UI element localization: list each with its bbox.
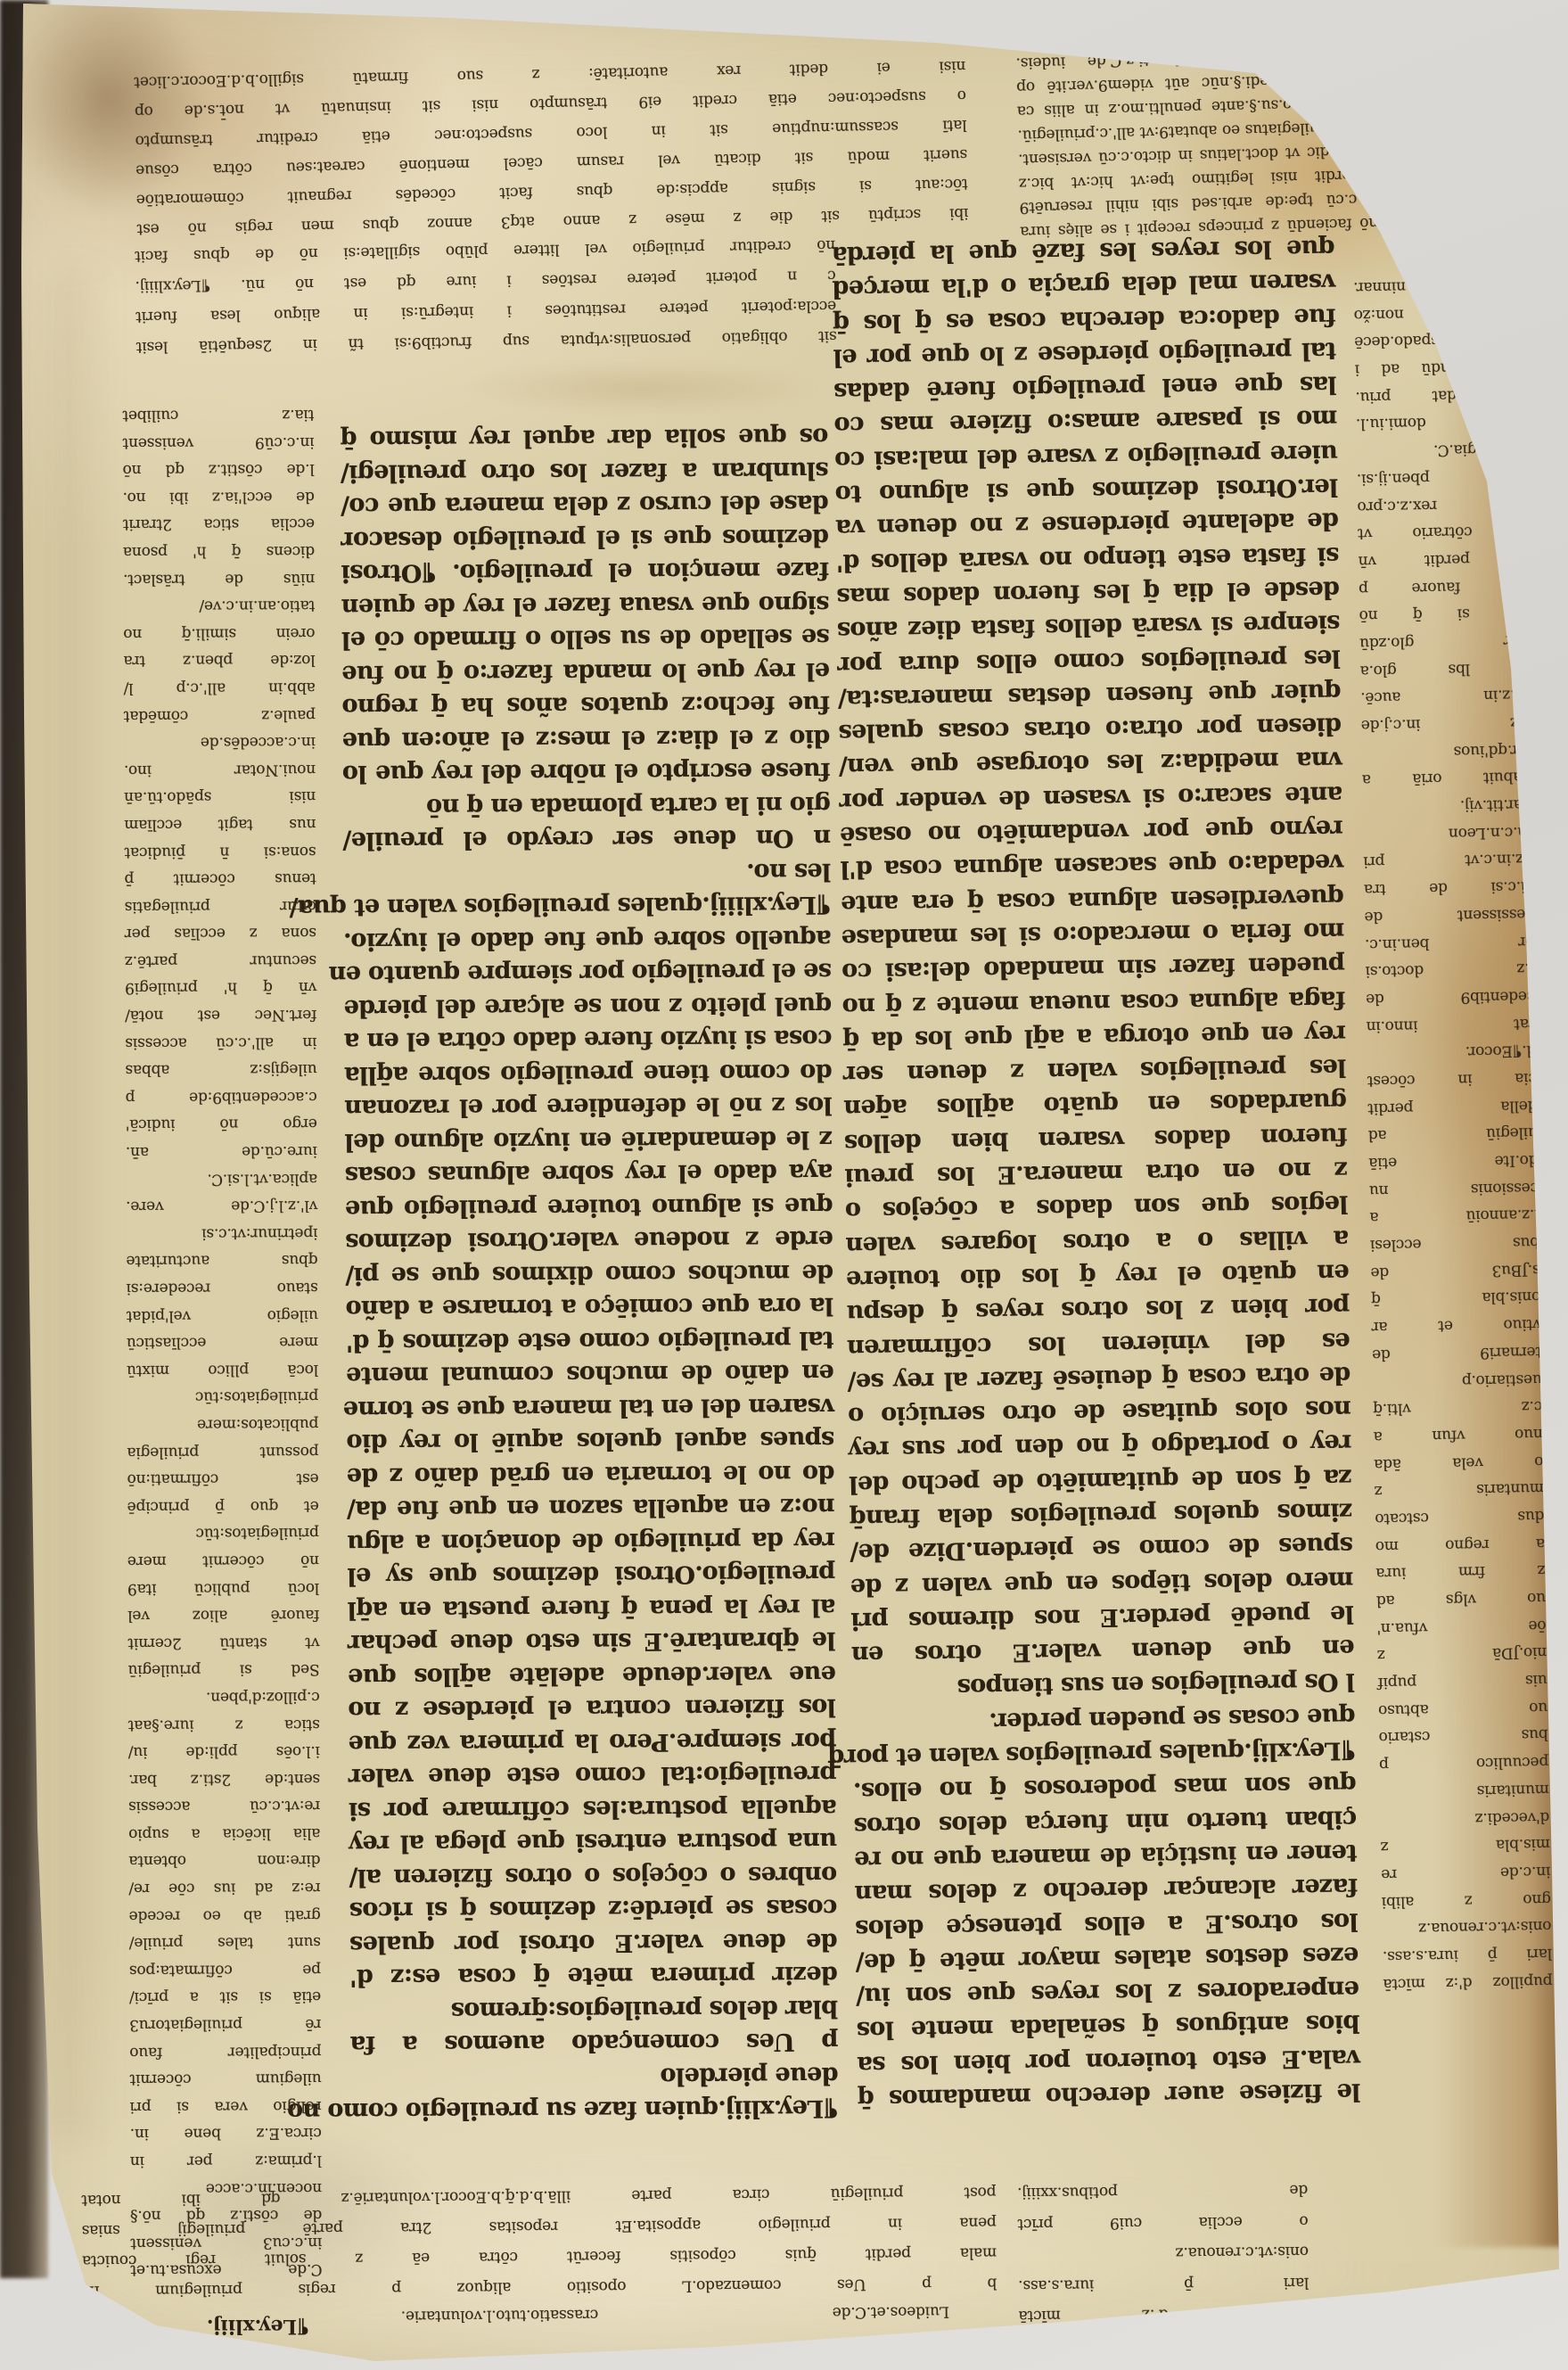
text-line: de pben.ij.si. [1357,462,1527,492]
text-line: publicatos:mere [127,1410,318,1438]
text-line: niūs de trāslact. [123,564,315,593]
text-line: iure.cū.de an̄. [126,1138,317,1166]
text-line: sona:si n̄ p̄iudicat [125,837,316,866]
text-line: fue fecho:z quatos años ha q̄ regno [342,687,830,723]
text-line: vtiuo et ar [1371,1310,1541,1340]
text-line: gio ni la carta plomada en q̄ nō [343,787,831,824]
text-line: pecuulico p [1379,1748,1549,1778]
text-line: rē priuilegiatoru3 [129,2011,321,2039]
text-line: cia in cōcest [1367,1064,1538,1094]
text-line: s.JBu3 de [1370,1255,1540,1286]
text-line: o vela āda [1374,1447,1544,1477]
main-text-column-1: os que solia dar aquel rey mismo q̄slunb… [341,419,839,2127]
text-line: de eccl'ia.z ibi no. [123,482,315,511]
text-line: vl'.z.l.j.C.de vere. [126,1192,317,1221]
text-line: c.z vlti.q̄ [1373,1392,1543,1422]
text-line: uo abtuso [1378,1693,1548,1724]
text-line: et quo p̄ principē [127,1492,319,1520]
text-line: preuilegio.Otrosi dezimos que sy el [348,1556,835,1592]
text-line: nisi spādo.tū.an̄ [124,783,316,811]
text-line: dezir primera mēte q̄ cosa es:z d' [350,1957,838,1994]
text-line: rey da priuilegio de donaçion a algu [348,1523,835,1559]
text-line: l.de cōstit.z qd nō [123,456,315,484]
text-line: della perdit [1367,1091,1538,1122]
text-line: ecclia stica 2trarit [123,510,315,539]
text-line: uilegijs:z abbas [126,1056,317,1084]
text-line: spues aquel quelos aquiē lo rey dio [347,1422,834,1459]
text-line: vt stantū 2cernit [127,1628,319,1657]
text-line: vsaren del en tal manera que se torne [347,1389,834,1426]
text-line: uilegiū ad [1368,1119,1539,1149]
text-line: slunbran a fazer los otro preuilegi/ [341,453,828,490]
text-line: ipetrinur:vt.c.si [126,1219,317,1247]
text-line: una postura entresi que plega al rey [349,1823,837,1860]
text-line: ta.c.n.Leon [1363,818,1533,848]
text-line: uilegio vel'pidat [127,1301,318,1329]
text-line: ōe vfua.n' [1376,1611,1547,1642]
text-line: dus cstcato [1375,1502,1545,1532]
text-line: priuilegia.C. [1356,435,1526,465]
text-line: aquella postura:les cōfirmare por si [349,1790,837,1827]
text-line: os que solia dar aquel rey mismo q̄ [341,419,828,456]
text-line: c.pilloz:d'pben. [128,1683,320,1711]
text-line: possunt priuilegia [127,1437,318,1466]
text-line: se sellado de su sello o firmado cō el [342,620,830,656]
text-line: aplica.vt.l.si.C. [126,1164,317,1193]
text-line: deue pierdelo [350,2058,838,2094]
text-line: p Ues començado auemos a fa [350,2024,838,2061]
text-line: l.z.annoiū a [1369,1201,1539,1231]
top-gloss-band-lower: nō creditur priuilegio vel littere plūbo… [135,230,837,362]
text-line: les no. [343,854,831,891]
text-line: ff.de ninnar. [1353,270,1523,300]
text-line: d.¶Eocor. [1367,1037,1537,1067]
text-line: uestiario.p [1373,1365,1543,1395]
text-line: cosa si iuyzio fuere dado cōtra el en a [344,1021,832,1057]
text-line: re:vt.c.cū accessis [128,1792,320,1821]
text-line: er ben.in.c. [1365,927,1535,958]
text-line: nō cōcernit mere [127,1546,319,1575]
bottom-gloss-lemma: ¶Ley.xliij. [144,2311,309,2341]
text-line: do no le tornaria en grād daño z de [347,1456,834,1493]
text-line: ergo nō iudicā' [126,1110,317,1139]
text-line: a regno mo [1375,1529,1546,1559]
text-line: z le demandariē en iuyzio alguno del [345,1122,833,1158]
text-line: de deue valer.E otrosi por quales [349,1924,837,1961]
text-line: dat fauore p [1359,572,1529,602]
text-line: mis.bla z [1381,1830,1551,1860]
text-line: loz:de pben.z tra [124,646,316,675]
bottom-gloss-citation-line: Luideos.et.C.de crassatio.tuto.l.volunta… [401,2296,949,2331]
top-gloss-band-right: q̄ priuilegiū.z.C.de specia.l.fi.in glo.… [1015,38,1510,243]
text-line: onis.bla q̄ [1371,1283,1541,1313]
text-line: q̄ priuilegiū.z.C.de specia.l.fi.in glo.… [1015,38,1506,74]
text-line: ler.qd'iuos [1361,736,1531,766]
text-line: st rex.z.c.pro [1357,490,1527,520]
text-line: est cōfirmati:nō [127,1465,319,1494]
text-line: i.l.oēs ppli:de iu/ [128,1738,320,1766]
text-line: bus cstario [1379,1721,1549,1751]
paper-gutter-shading [53,267,116,2140]
text-line: cessissent de [1364,900,1534,930]
text-line: aquello sobre que fue dado el iuyzio. [344,921,832,958]
text-line: tia.z cuilibet [122,401,314,430]
text-line: Sed si priuilegiū [128,1656,320,1684]
text-line: dase del curso z dela manera que co/ [341,486,829,523]
text-line: in cōtrario vt [1358,517,1528,547]
text-line: t.j.z.in aucē. [1360,681,1531,712]
text-line: onis:vt.c.renoua.z [1382,1912,1552,1942]
text-line: onis:vt.c.renoua.z [1018,2235,1309,2269]
text-line: r.z docto.si [1366,955,1536,985]
text-line: sona z ecclīas per [125,919,316,948]
text-line: s.z in.c.j.de [1361,708,1531,738]
text-line: alia licēcia a supio [128,1819,320,1847]
text-line: cessionis nu [1369,1173,1539,1204]
text-line: en daño de muchos comunal mente [347,1355,834,1392]
text-line: nus tagit ecclīam [124,810,316,838]
right-margin-gloss: ff.de ninnar.si co non:žooit spado.decēē… [1353,270,1553,1996]
text-line: paule.z cōmēdat [124,701,316,729]
bottom-gloss-band-right: de potibus.xxiiij.o ecclia cui9 prīctoni… [1017,2174,1309,2331]
text-line: nuo vfun a [1374,1420,1544,1450]
text-line: sent:de 2sti.z bar. [128,1765,320,1793]
text-line: in.c.accedēs.de [124,728,316,757]
text-line: dezimos que si el preuilegio desacor [341,520,829,556]
text-line: in.c.de re [1381,1857,1551,1888]
text-line: de potibus.xxiiij. [1017,2174,1308,2208]
text-line: tenus cōcernit p̄ [125,865,316,893]
text-line: si co non:žo [1354,298,1524,328]
text-line: sunt tales priuile/ [129,1929,321,1957]
text-line: priuilegiatos:tūc [127,1519,319,1548]
text-line: pupilloz d':z mīctā [1383,1967,1553,1997]
ley-xliij-lemma: ¶Ley.xliij. [144,2311,309,2341]
text-line: munitaris [1380,1775,1550,1806]
text-line: z frm iura [1375,1557,1546,1587]
text-line: tatio.an.in.c.ve/ [123,592,315,621]
text-line: rat inno.in [1367,1009,1537,1040]
text-line: do.Ite etiā [1368,1146,1539,1176]
text-line: preuilegio:tal como este deue valer [349,1757,836,1793]
text-line: ¶Ley.xliiij.quales preuilegios valen et … [343,887,831,924]
text-line: al rey la pena q̄ fuere puesta en aq̄l [348,1590,835,1626]
text-line: la ora que comiēço a tornarse a daño [346,1288,833,1325]
text-line: muntaris z [1375,1475,1545,1505]
text-line: in all'.c.cū accessis [125,1028,316,1057]
text-line: secuntur partē.z [125,946,316,975]
text-line: bus ecclesi [1370,1228,1540,1258]
text-line: no:z en aquella sazon en que fue da/ [347,1489,834,1526]
text-line: religio vera si pri [130,2092,322,2120]
text-line: re:z ad ius cōe re/ [129,1874,321,1903]
text-line: lari p̄ iura.s.ass. [1383,1939,1553,1970]
text-line: ¶Ley.xliij.quien faze su preuilegio como… [351,2091,839,2127]
text-line: priuilegiatos:tūc [127,1383,318,1411]
text-line: in.c.cū9 venissent [123,428,315,457]
text-line: gno z alibi [1382,1885,1552,1915]
text-line: locū publicū ita9 [127,1574,319,1602]
text-line: oit spado.decē [1354,325,1524,356]
text-line: fauorē alioz vel [127,1601,319,1630]
text-line: pabuit oriā a [1362,763,1532,794]
text-line: erde z nodeue valer.Otrosi dezimos [346,1222,833,1258]
text-line: nio.JDā z [1377,1639,1547,1669]
text-line: do como tiene preuilegio sobre aq̄lla [345,1055,833,1091]
text-line: eue valer.deude adelāte aq̄llos que [349,1657,836,1693]
text-line: uis pupif [1377,1666,1547,1696]
text-line: pupilloz d':z mīctā [1019,2298,1309,2332]
text-line: se el preuilegio por siempre quanto en [344,954,832,991]
text-line: los fizieren contra el pierdese z no [349,1690,836,1726]
text-line: por siempre.Pero la primera vez que [349,1724,836,1760]
text-line: orein simili.q̄ no [123,619,315,647]
text-line: c.accedentib9:de p [126,1082,317,1111]
text-line: n On deue ser creydo el preuile/ [343,820,831,857]
text-line: l.prima:z per in [130,2147,322,2176]
top-gloss-band-upper: nisi ei dedit rex autoritatē: z suo firm… [134,51,969,243]
text-line: uid si q̄ nō [1359,599,1530,630]
text-line: dire:non obtenta [128,1847,320,1875]
text-line: zi.c.si de tra [1364,873,1534,903]
text-line: tal preuilegio como este dezimos q̄ d' [346,1322,833,1359]
left-margin-gloss: tia.z cuilibetin.c.cū9 venissentl.de cōs… [122,401,322,2284]
text-line: de muchos como diximos que se pi/ [346,1255,833,1292]
text-line: fuese escripto el nōbre del rey que lo [342,753,830,790]
text-line: uilegium cōcernit [130,2065,322,2094]
text-line: grati ab eo recede [129,1901,321,1930]
text-line: locā pllico mixtū [127,1355,318,1384]
text-line: oitur priuilegatis [125,892,316,920]
text-line: mere ecclīasticū [127,1329,318,1357]
text-line: le q̄brantarē.E sin esto deue pechar [348,1623,835,1659]
text-line: q̄ perdit vn̄ [1358,544,1528,574]
text-line: pe cōfirmata:pos [129,1955,321,1984]
book-page-scan: nisi ei dedit rex autoritatē: z suo firm… [0,0,1568,2370]
text-line: o ecclia cui9 prīct [1017,2205,1308,2239]
show-through-ghost [464,360,820,416]
text-line: el rey que lo manda fazer:o q̄ no fue [342,654,830,690]
text-line: principaliter fauo [129,2037,321,2066]
text-line: noui.Notar ino. [124,755,316,784]
text-line: onbres o cōçejos o otros fizieren al/ [349,1857,837,1894]
text-line: dicens q̄ h' psona [123,538,315,566]
text-line: d'vecedi.z [1380,1803,1550,1833]
text-line: par.tit.vij. [1362,790,1532,820]
text-line: Luideos.et.C.de crassatio.tuto.l.volunta… [401,2296,949,2331]
text-line: stauo recedere:si [127,1274,318,1303]
text-line: cedentib9 de [1366,982,1536,1012]
text-line: bar glo.zdū [1359,626,1530,656]
text-line: lari p̄ iura.s.ass. [1018,2267,1309,2300]
text-line: ire domi.iu.l. [1356,407,1526,438]
bottom-gloss-band-left: post priuilegiū circa parte illā.b.d.q̄.… [81,2177,997,2307]
text-line: etiā si sit a prīci/ [129,1983,321,2012]
main-text-column-2: que los reyes les fazē que la pierdāvsar… [832,230,1360,2115]
text-line: los z nō le defendiere por el razonan [345,1088,833,1124]
text-line: uo vlgs ad [1376,1584,1547,1614]
text-line: ēs faciendū ad i [1355,353,1525,383]
text-line: tēsi dat priu. [1355,380,1525,410]
text-line: aya dado el rey sobre algunas cosas [345,1155,833,1191]
paper-page: nisi ei dedit rex autoritatē: z suo firm… [0,0,1568,2370]
text-line: le fiziese auer derecho mandamos q̄ [858,2074,1360,2115]
text-line: l.z.in.c.vt pri [1363,845,1533,876]
text-line: circa.E.z bene in. [130,2119,322,2148]
text-line: stica z iure.§aat [128,1710,320,1739]
text-line: que si alguno touiere preuilegio que [345,1189,833,1225]
text-line: quel pleito z non se alçare del pierde [344,988,832,1025]
text-line: ternari9 de [1372,1337,1542,1368]
text-line: z lbs glo.a [1360,654,1531,684]
text-line: dio z el dia:z el mes:z el año:en que [342,720,830,757]
text-line: cosas se pierdē:z dezimos q̄ si ricos [349,1890,837,1927]
text-line: blar delos preuilegios:q̄remos [350,1991,838,2028]
text-line: qbus aucturitate [127,1247,318,1275]
text-line: faze mençion el preuilegio. ¶Otrosi [341,553,829,589]
text-line: fert.Nec est notā/ [125,1001,316,1030]
text-line: signo que vsaua fazer el rey de quien [341,587,829,623]
text-line: abb.in all'.c.p l/ [124,673,316,702]
text-line: vn̄ q̄ h' priuilegi9 [125,974,316,1002]
